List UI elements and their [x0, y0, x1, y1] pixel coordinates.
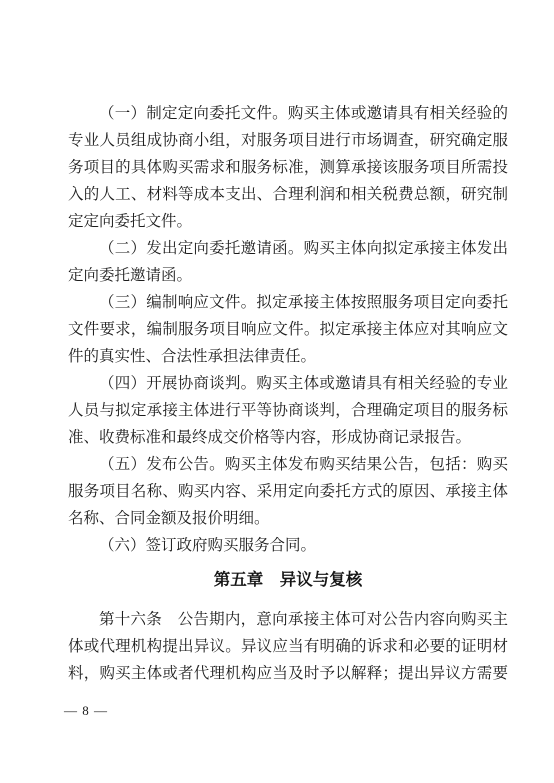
text-line: 服务项目名称、购买内容、采用定向委托方式的原因、承接主体 [68, 478, 508, 505]
text-line: （四）开展协商谈判。购买主体或邀请具有相关经验的专业 [68, 370, 508, 397]
chapter-heading: 第五章 异议与复核 [68, 567, 508, 594]
text-line: 文件要求，编制服务项目响应文件。拟定承接主体应对其响应文 [68, 316, 508, 343]
text-line: 定定向委托文件。 [68, 208, 508, 235]
text-line: 人员与拟定承接主体进行平等协商谈判，合理确定项目的服务标 [68, 397, 508, 424]
text-line: （六）签订政府购买服务合同。 [68, 532, 508, 559]
text-line: 入的人工、材料等成本支出、合理利润和相关税费总额，研究制 [68, 181, 508, 208]
text-line: （一）制定定向委托文件。购买主体或邀请具有相关经验的 [68, 100, 508, 127]
text-line: 第十六条 公告期内，意向承接主体可对公告内容向购买主 [68, 606, 508, 633]
document-page: （一）制定定向委托文件。购买主体或邀请具有相关经验的 专业人员组成协商小组，对服… [0, 0, 554, 783]
text-line: 体或代理机构提出异议。异议应当有明确的诉求和必要的证明材 [68, 633, 508, 660]
document-body: （一）制定定向委托文件。购买主体或邀请具有相关经验的 专业人员组成协商小组，对服… [68, 100, 508, 687]
text-line: 定向委托邀请函。 [68, 262, 508, 289]
text-line: 件的真实性、合法性承担法律责任。 [68, 343, 508, 370]
text-line: （三）编制响应文件。拟定承接主体按照服务项目定向委托 [68, 289, 508, 316]
text-line: 名称、合同金额及报价明细。 [68, 505, 508, 532]
text-line: 准、收费标准和最终成交价格等内容，形成协商记录报告。 [68, 424, 508, 451]
text-line: 务项目的具体购买需求和服务标准，测算承接该服务项目所需投 [68, 154, 508, 181]
text-line: （五）发布公告。购买主体发布购买结果公告，包括：购买 [68, 451, 508, 478]
page-number: — 8 — [64, 702, 108, 720]
text-line: （二）发出定向委托邀请函。购买主体向拟定承接主体发出 [68, 235, 508, 262]
text-line: 专业人员组成协商小组，对服务项目进行市场调查，研究确定服 [68, 127, 508, 154]
article-16-paragraph: 第十六条 公告期内，意向承接主体可对公告内容向购买主 体或代理机构提出异议。异议… [68, 606, 508, 687]
text-line: 料，购买主体或者代理机构应当及时予以解释；提出异议方需要 [68, 660, 508, 687]
